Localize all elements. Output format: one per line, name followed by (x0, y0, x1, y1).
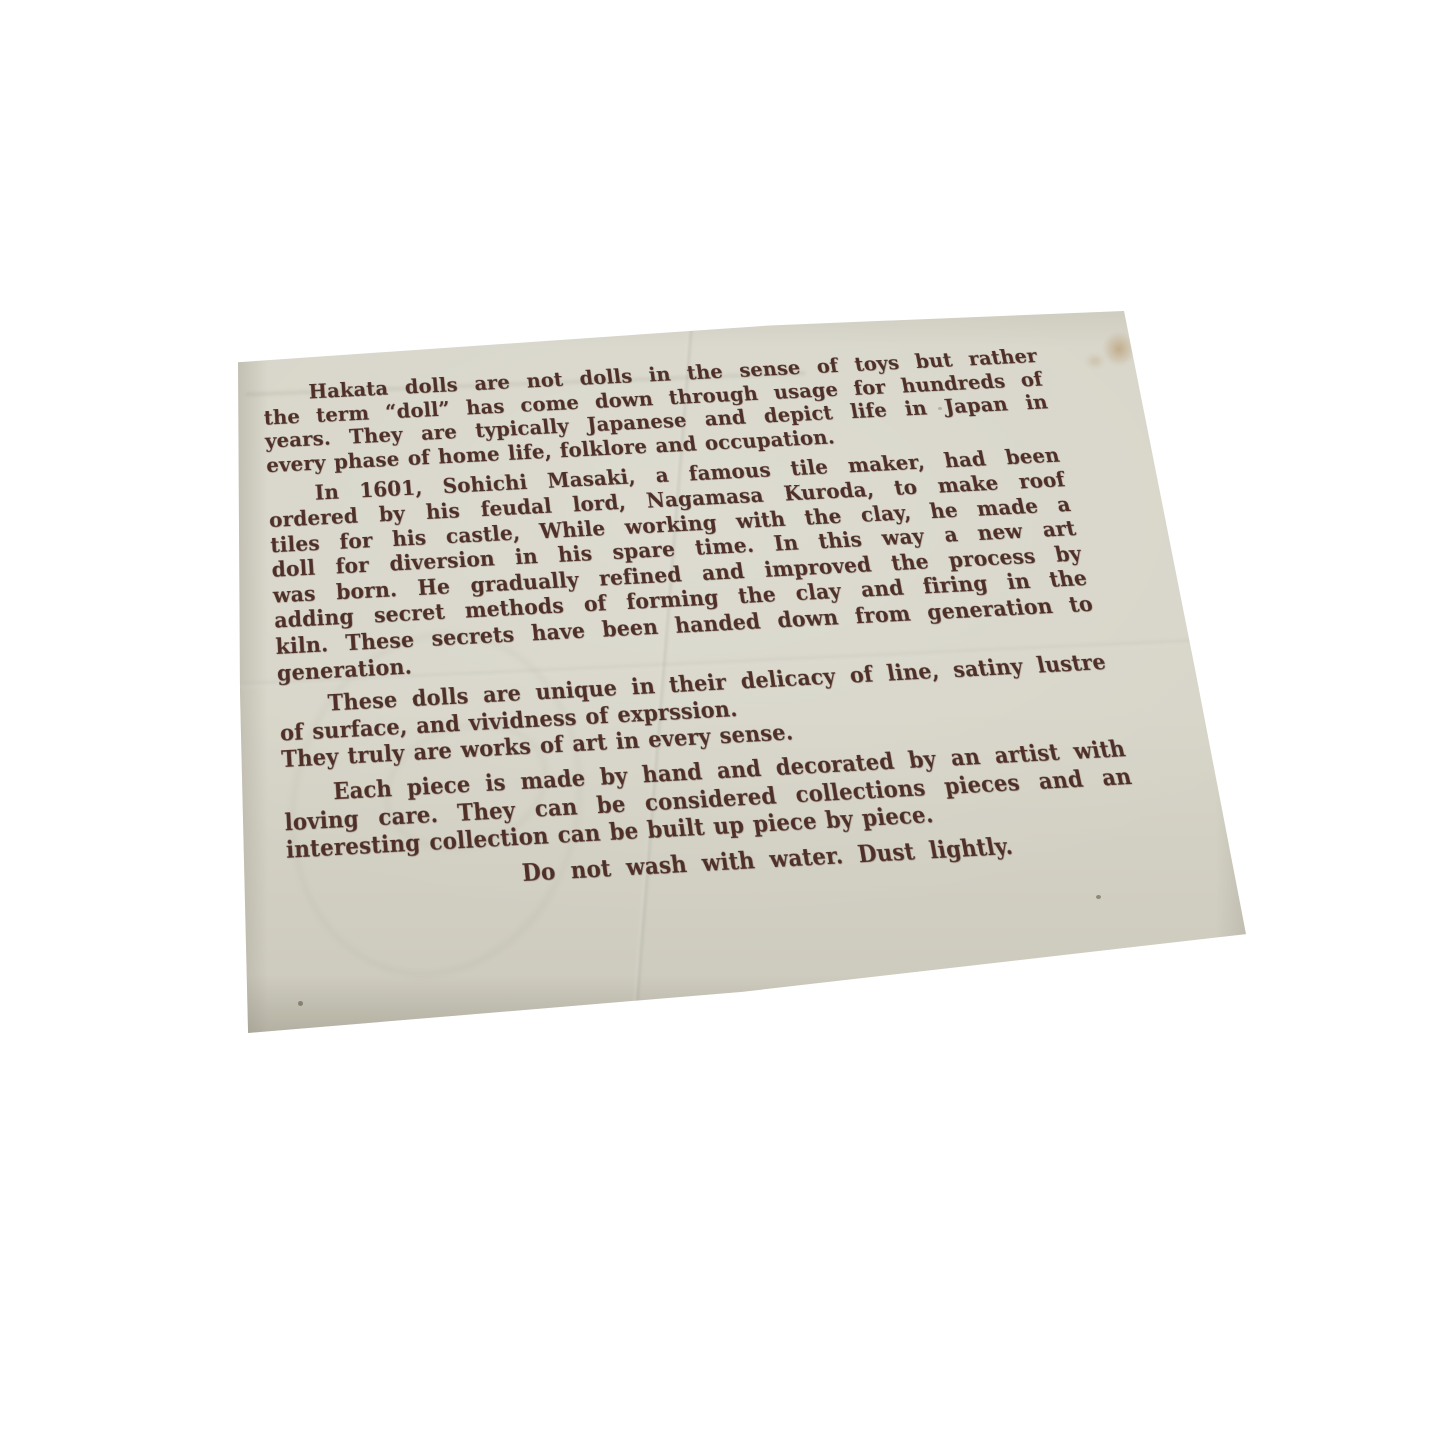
printed-text: Hakata dolls are not dolls in the sense … (262, 344, 1148, 900)
paper-sheet: Hakata dolls are not dolls in the sense … (238, 311, 1246, 1033)
paper-speck (1096, 895, 1101, 899)
photo-background: Hakata dolls are not dolls in the sense … (0, 0, 1445, 1445)
paper-stain (1096, 325, 1142, 373)
paper-speck (298, 1001, 303, 1006)
paragraph-history: In 1601, Sohichi Masaki, a famous tile m… (267, 444, 1101, 687)
